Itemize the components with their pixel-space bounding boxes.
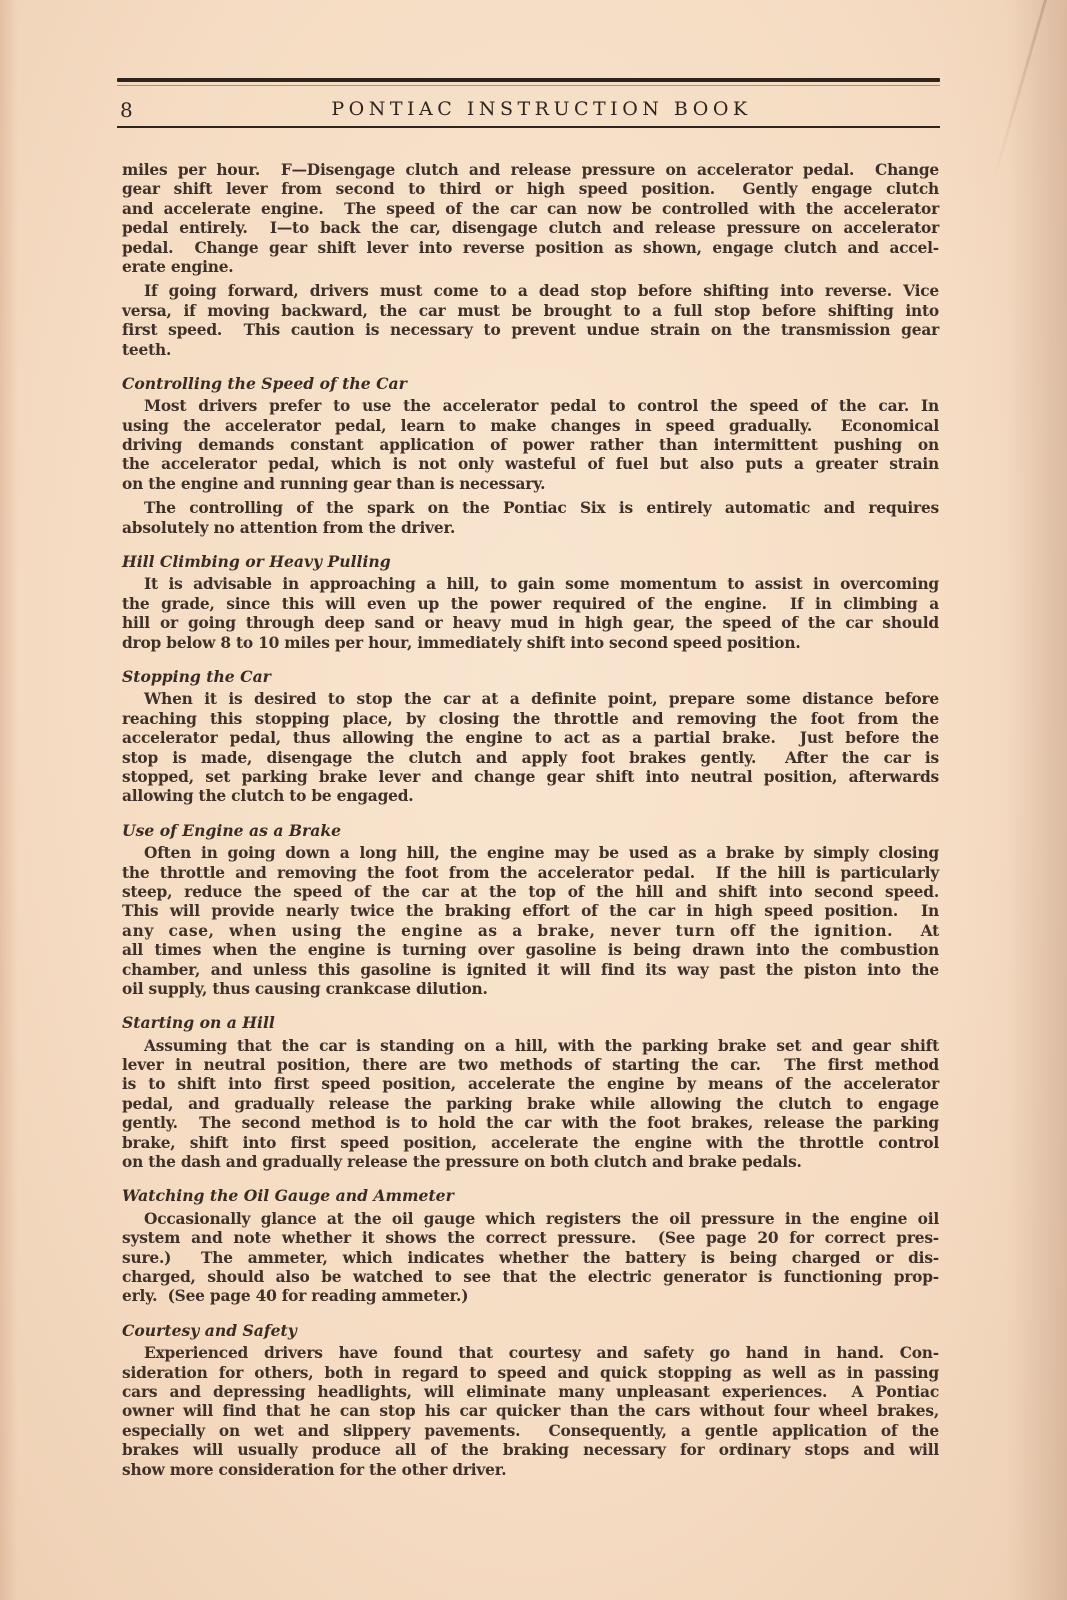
text-line: hill or going through deep sand or heavy…	[122, 614, 939, 633]
text-line: on the dash and gradually release the pr…	[122, 1153, 939, 1172]
text-line: show more consideration for the other dr…	[122, 1461, 939, 1480]
text-line: When it is desired to stop the car at a …	[122, 690, 939, 709]
paragraph: It is advisable in approaching a hill, t…	[122, 575, 939, 653]
text-line: all times when the engine is turning ove…	[122, 941, 939, 960]
text-line: stop is made, disengage the clutch and a…	[122, 749, 939, 768]
text-line: brake, shift into first speed position, …	[122, 1134, 939, 1153]
header-rule-thick	[117, 78, 940, 82]
text-line: pedal. Change gear shift lever into reve…	[122, 239, 939, 258]
text-line: charged, should also be watched to see t…	[122, 1268, 939, 1287]
page-header: 8 PONTIAC INSTRUCTION BOOK	[117, 78, 940, 128]
text-line: Assuming that the car is standing on a h…	[122, 1037, 939, 1056]
emphasis-text: any case, when using the engine as a bra…	[122, 922, 893, 940]
text-line: pedal, and gradually release the parking…	[122, 1095, 939, 1114]
text-line: absolutely no attention from the driver.	[122, 519, 939, 538]
text-line: especially on wet and slippery pavements…	[122, 1422, 939, 1441]
text-line: using the accelerator pedal, learn to ma…	[122, 417, 939, 436]
paragraph: miles per hour. F—Disengage clutch and r…	[122, 161, 939, 277]
text-line: the accelerator pedal, which is not only…	[122, 455, 939, 474]
text-line: The controlling of the spark on the Pont…	[122, 499, 939, 518]
paragraph: If going forward, drivers must come to a…	[122, 282, 939, 360]
text-line: Experienced drivers have found that cour…	[122, 1344, 939, 1363]
text-line: If going forward, drivers must come to a…	[122, 282, 939, 301]
paragraph: Often in going down a long hill, the eng…	[122, 844, 939, 999]
text-line: teeth.	[122, 341, 939, 360]
text-line: sideration for others, both in regard to…	[122, 1364, 939, 1383]
text-line: drop below 8 to 10 miles per hour, immed…	[122, 634, 939, 653]
text-line: cars and depressing headlights, will eli…	[122, 1383, 939, 1402]
text-line: system and note whether it shows the cor…	[122, 1229, 939, 1248]
text-line: Occasionally glance at the oil gauge whi…	[122, 1210, 939, 1229]
text-line: stopped, set parking brake lever and cha…	[122, 768, 939, 787]
text-line: This will provide nearly twice the braki…	[122, 902, 939, 921]
paragraph: The controlling of the spark on the Pont…	[122, 499, 939, 538]
text-line: lever in neutral position, there are two…	[122, 1056, 939, 1075]
section-heading-controlling-the-speed-of-the-car: Controlling the Speed of the Car	[122, 374, 939, 393]
text-line: is to shift into first speed position, a…	[122, 1075, 939, 1094]
text-line: brakes will usually produce all of the b…	[122, 1441, 939, 1460]
text-line: versa, if moving backward, the car must …	[122, 302, 939, 321]
text-line: oil supply, thus causing crankcase dilut…	[122, 980, 939, 999]
section-heading-starting-on-a-hill: Starting on a Hill	[122, 1013, 939, 1032]
text-line: gear shift lever from second to third or…	[122, 180, 939, 199]
header-row: 8 PONTIAC INSTRUCTION BOOK	[117, 86, 940, 126]
text-line: owner will find that he can stop his car…	[122, 1402, 939, 1421]
paragraph: Most drivers prefer to use the accelerat…	[122, 397, 939, 494]
running-title: PONTIAC INSTRUCTION BOOK	[117, 98, 940, 120]
text-line: reaching this stopping place, by closing…	[122, 710, 939, 729]
text-line: pedal entirely. I—to back the car, disen…	[122, 219, 939, 238]
text-line: It is advisable in approaching a hill, t…	[122, 575, 939, 594]
section-heading-courtesy-and-safety: Courtesy and Safety	[122, 1321, 939, 1340]
paragraph: When it is desired to stop the car at a …	[122, 690, 939, 806]
paragraph: Assuming that the car is standing on a h…	[122, 1037, 939, 1173]
text-line: gently. The second method is to hold the…	[122, 1114, 939, 1133]
paragraph: Occasionally glance at the oil gauge whi…	[122, 1210, 939, 1307]
header-rule-bottom	[117, 126, 940, 128]
page-body: miles per hour. F—Disengage clutch and r…	[122, 161, 939, 1485]
text-line: the grade, since this will even up the p…	[122, 595, 939, 614]
text-line: miles per hour. F—Disengage clutch and r…	[122, 161, 939, 180]
text-line: the throttle and removing the foot from …	[122, 864, 939, 883]
text-line: first speed. This caution is necessary t…	[122, 321, 939, 340]
text-line: and accelerate engine. The speed of the …	[122, 200, 939, 219]
text-line: Most drivers prefer to use the accelerat…	[122, 397, 939, 416]
text-line: accelerator pedal, thus allowing the eng…	[122, 729, 939, 748]
text-line: allowing the clutch to be engaged.	[122, 787, 939, 806]
text-line: erly. (See page 40 for reading ammeter.)	[122, 1287, 939, 1306]
text-line: driving demands constant application of …	[122, 436, 939, 455]
text-line: sure.) The ammeter, which indicates whet…	[122, 1249, 939, 1268]
paragraph: Experienced drivers have found that cour…	[122, 1344, 939, 1480]
text-line: Often in going down a long hill, the eng…	[122, 844, 939, 863]
text-line: on the engine and running gear than is n…	[122, 475, 939, 494]
text-line: erate engine.	[122, 258, 939, 277]
text-line: steep, reduce the speed of the car at th…	[122, 883, 939, 902]
text-line: chamber, and unless this gasoline is ign…	[122, 961, 939, 980]
section-heading-watching-the-oil-gauge-and-ammeter: Watching the Oil Gauge and Ammeter	[122, 1186, 939, 1205]
text-line: any case, when using the engine as a bra…	[122, 922, 939, 941]
section-heading-hill-climbing-or-heavy-pulling: Hill Climbing or Heavy Pulling	[122, 552, 939, 571]
section-heading-use-of-engine-as-a-brake: Use of Engine as a Brake	[122, 821, 939, 840]
section-heading-stopping-the-car: Stopping the Car	[122, 667, 939, 686]
